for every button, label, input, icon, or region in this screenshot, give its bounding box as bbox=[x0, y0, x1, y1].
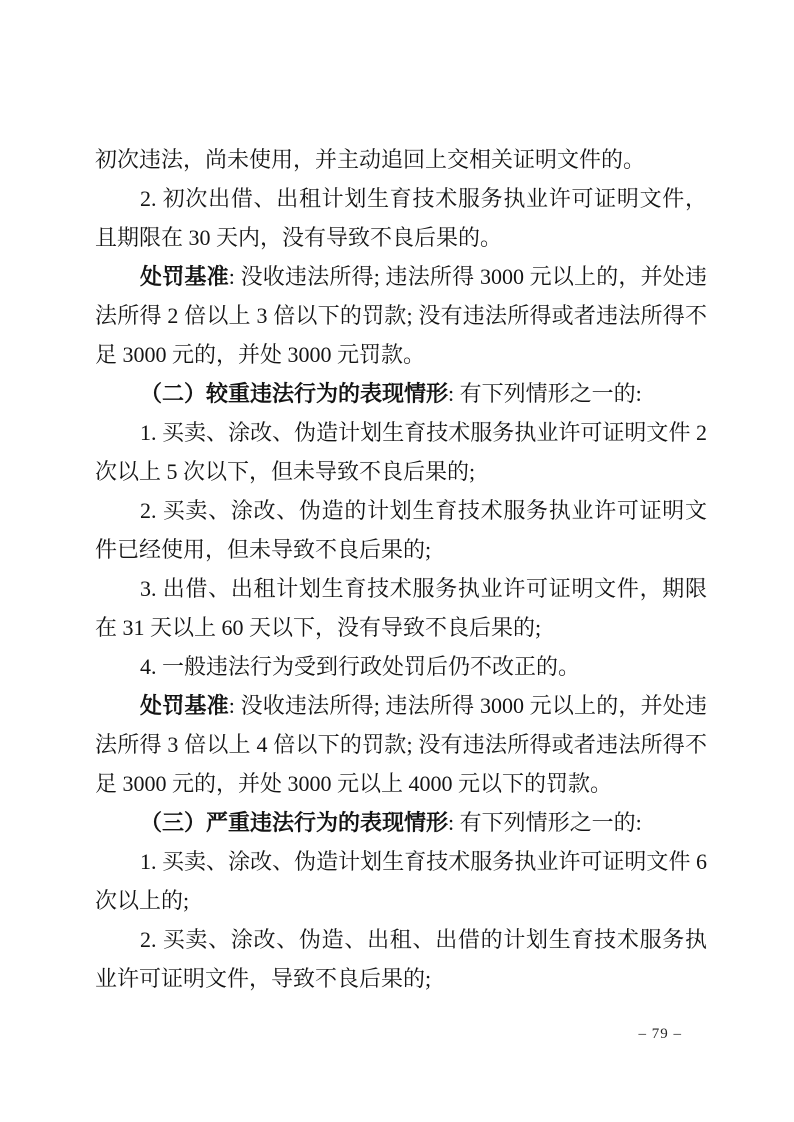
document-body: 初次违法，尚未使用，并主动追回上交相关证明文件的。 2. 初次出借、出租计划生育… bbox=[95, 140, 707, 998]
paragraph: 3. 出借、出租计划生育技术服务执业许可证明文件，期限在 31 天以上 60 天… bbox=[95, 569, 707, 647]
paragraph: 处罚基准: 没收违法所得; 违法所得 3000 元以上的，并处违法所得 3 倍以… bbox=[95, 686, 707, 803]
paragraph-text: 2. 买卖、涂改、伪造、出租、出借的计划生育技术服务执业许可证明文件，导致不良后… bbox=[95, 927, 707, 991]
paragraph-text: 3. 出借、出租计划生育技术服务执业许可证明文件，期限在 31 天以上 60 天… bbox=[95, 576, 707, 640]
paragraph: 1. 买卖、涂改、伪造计划生育技术服务执业许可证明文件 2 次以上 5 次以下，… bbox=[95, 413, 707, 491]
paragraph-lead: 处罚基准 bbox=[140, 693, 229, 718]
paragraph: （二）较重违法行为的表现情形: 有下列情形之一的: bbox=[95, 374, 707, 413]
paragraph-text: 初次违法，尚未使用，并主动追回上交相关证明文件的。 bbox=[95, 147, 645, 172]
paragraph: 初次违法，尚未使用，并主动追回上交相关证明文件的。 bbox=[95, 140, 707, 179]
paragraph-lead: （二）较重违法行为的表现情形 bbox=[140, 381, 448, 406]
paragraph-lead: （三）严重违法行为的表现情形 bbox=[140, 810, 448, 835]
paragraph: 处罚基准: 没收违法所得; 违法所得 3000 元以上的，并处违法所得 2 倍以… bbox=[95, 257, 707, 374]
paragraph: 4. 一般违法行为受到行政处罚后仍不改正的。 bbox=[95, 647, 707, 686]
page-number: – 79 – bbox=[639, 1026, 683, 1042]
paragraph: 2. 买卖、涂改、伪造、出租、出借的计划生育技术服务执业许可证明文件，导致不良后… bbox=[95, 920, 707, 998]
paragraph-text: : 有下列情形之一的: bbox=[448, 810, 642, 835]
paragraph-text: 2. 初次出借、出租计划生育技术服务执业许可证明文件，且期限在 30 天内，没有… bbox=[95, 186, 707, 250]
paragraph-text: 2. 买卖、涂改、伪造的计划生育技术服务执业许可证明文件已经使用，但未导致不良后… bbox=[95, 498, 707, 562]
document-page: 初次违法，尚未使用，并主动追回上交相关证明文件的。 2. 初次出借、出租计划生育… bbox=[0, 0, 794, 1122]
paragraph-text: : 有下列情形之一的: bbox=[448, 381, 642, 406]
paragraph-text: 1. 买卖、涂改、伪造计划生育技术服务执业许可证明文件 6 次以上的; bbox=[95, 849, 707, 913]
paragraph: 1. 买卖、涂改、伪造计划生育技术服务执业许可证明文件 6 次以上的; bbox=[95, 842, 707, 920]
paragraph: 2. 买卖、涂改、伪造的计划生育技术服务执业许可证明文件已经使用，但未导致不良后… bbox=[95, 491, 707, 569]
page-footer: – 79 – bbox=[639, 1024, 683, 1044]
paragraph: 2. 初次出借、出租计划生育技术服务执业许可证明文件，且期限在 30 天内，没有… bbox=[95, 179, 707, 257]
paragraph-text: 4. 一般违法行为受到行政处罚后仍不改正的。 bbox=[140, 654, 580, 679]
paragraph-lead: 处罚基准 bbox=[140, 264, 229, 289]
paragraph: （三）严重违法行为的表现情形: 有下列情形之一的: bbox=[95, 803, 707, 842]
paragraph-text: 1. 买卖、涂改、伪造计划生育技术服务执业许可证明文件 2 次以上 5 次以下，… bbox=[95, 420, 707, 484]
